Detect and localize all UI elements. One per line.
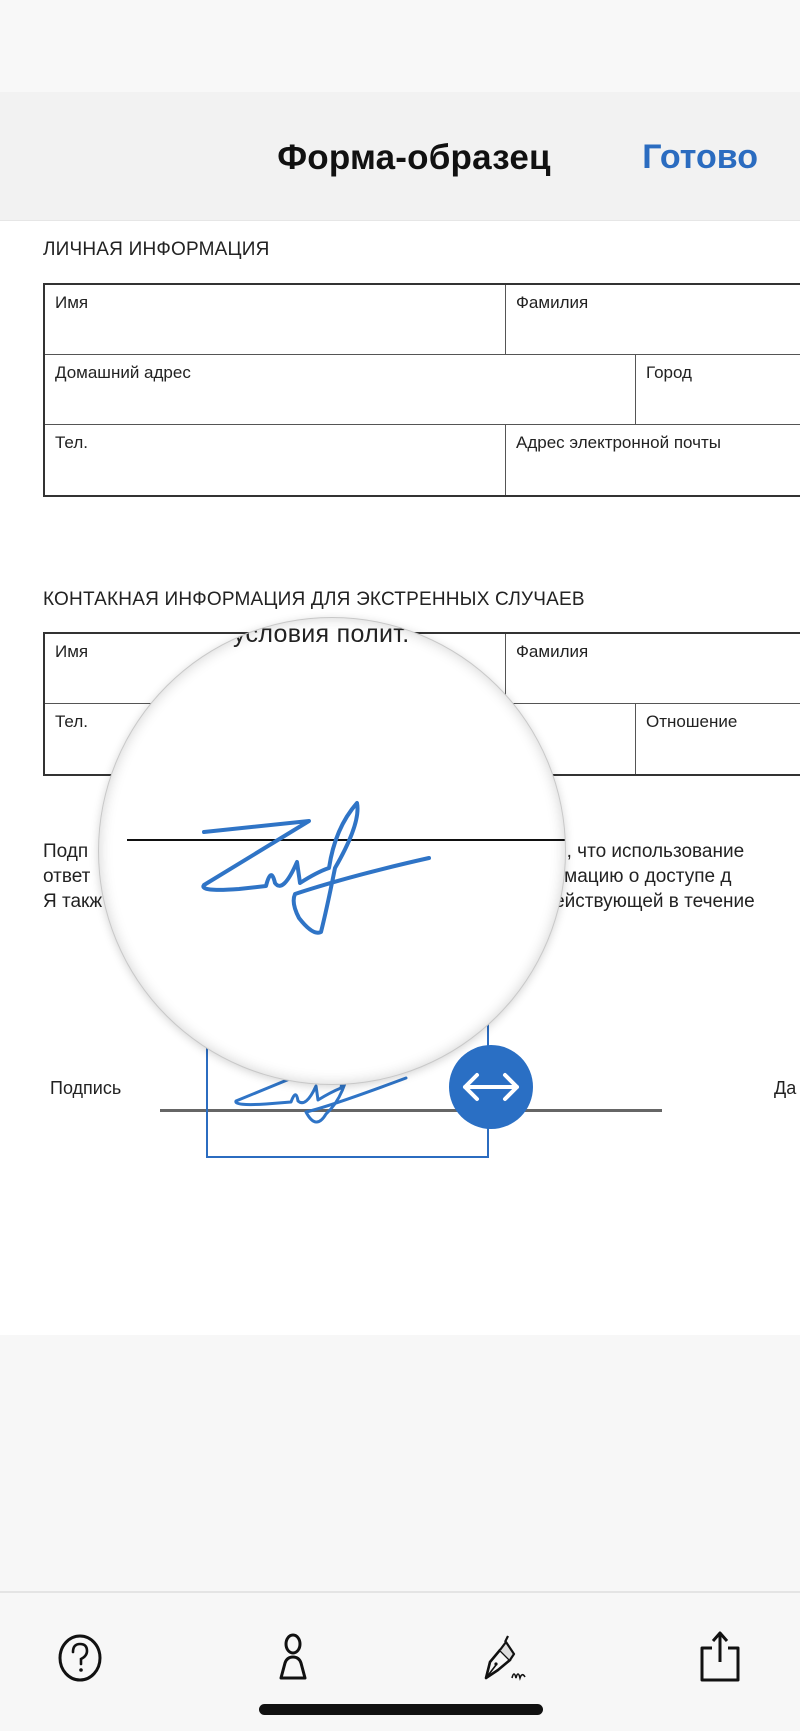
table-row: Имя Фамилия bbox=[45, 285, 800, 355]
field-first-name[interactable]: Имя bbox=[45, 285, 505, 354]
share-icon bbox=[690, 1628, 750, 1688]
section-title-emergency: КОНТАКНАЯ ИНФОРМАЦИЯ ДЛЯ ЭКСТРЕННЫХ СЛУЧ… bbox=[43, 589, 585, 611]
date-label: Да bbox=[774, 1078, 796, 1099]
page-title: Форма-образец bbox=[277, 138, 551, 177]
done-button[interactable]: Готово bbox=[642, 138, 758, 177]
field-last-name[interactable]: Фамилия bbox=[505, 285, 800, 354]
table-row: Домашний адрес Город bbox=[45, 355, 800, 425]
home-indicator[interactable] bbox=[259, 1704, 543, 1715]
field-label: Имя bbox=[55, 642, 88, 661]
agreement-line: ем, что использование bbox=[543, 839, 744, 864]
field-label: Фамилия bbox=[516, 293, 588, 312]
profile-button[interactable] bbox=[263, 1628, 323, 1688]
share-button[interactable] bbox=[690, 1628, 750, 1688]
document-page: ЛИЧНАЯ ИНФОРМАЦИЯ Имя Фамилия Домашний а… bbox=[0, 221, 800, 1335]
field-label: Город bbox=[646, 363, 692, 382]
agreement-line: Я такж bbox=[43, 891, 102, 912]
personal-info-table: Имя Фамилия Домашний адрес Город Тел. Ад… bbox=[43, 283, 800, 497]
question-circle-icon bbox=[50, 1628, 110, 1688]
agreement-text: Подпем, что использование ответормацию о… bbox=[43, 839, 102, 914]
sign-button[interactable] bbox=[476, 1628, 536, 1688]
person-icon bbox=[263, 1628, 323, 1688]
field-label: Домашний адрес bbox=[55, 363, 191, 382]
pen-signature-icon bbox=[476, 1628, 536, 1688]
help-button[interactable] bbox=[50, 1628, 110, 1688]
magnified-signature bbox=[99, 618, 565, 1084]
field-label: Тел. bbox=[55, 433, 88, 452]
field-city[interactable]: Город bbox=[635, 355, 800, 424]
navigation-bar: Форма-образец Готово bbox=[0, 92, 800, 221]
agreement-line: ответ bbox=[43, 866, 90, 887]
section-title-personal: ЛИЧНАЯ ИНФОРМАЦИЯ bbox=[43, 239, 270, 261]
field-label: Тел. bbox=[55, 712, 88, 731]
field-phone[interactable]: Тел. bbox=[45, 425, 505, 495]
field-label: Отношение bbox=[646, 712, 737, 731]
field-relationship[interactable]: Отношение bbox=[635, 704, 800, 774]
field-email[interactable]: Адрес электронной почты bbox=[505, 425, 800, 495]
agreement-line: действующей в течение bbox=[543, 889, 755, 914]
field-label: Имя bbox=[55, 293, 88, 312]
table-row: Тел. Адрес электронной почты bbox=[45, 425, 800, 495]
field-home-address[interactable]: Домашний адрес bbox=[45, 355, 635, 424]
magnifier-loupe: условия полит. bbox=[99, 618, 565, 1084]
agreement-line: ормацию о доступе д bbox=[543, 864, 731, 889]
status-bar bbox=[0, 0, 800, 92]
agreement-line: Подп bbox=[43, 841, 88, 862]
field-label: Адрес электронной почты bbox=[516, 433, 721, 452]
